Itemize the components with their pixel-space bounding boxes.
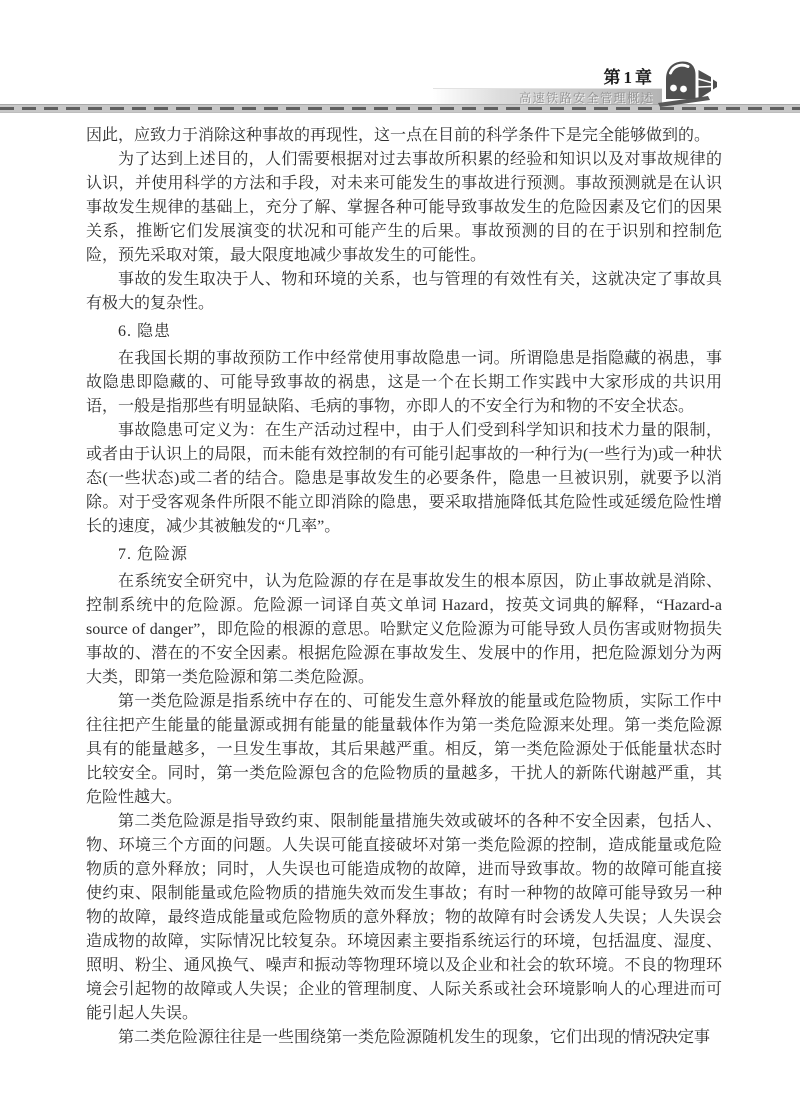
body-paragraph: 因此，应致力于消除这种事故的再现性，这一点在目前的科学条件下是完全能够做到的。: [86, 124, 722, 148]
chapter-number: 第1章: [500, 63, 655, 88]
body-paragraph: 第一类危险源是指系统中存在的、可能发生意外释放的能量或危险物质，实际工作中往往把…: [86, 690, 722, 810]
book-page: 第1章 高速铁路安全管理概述 因此，应致力于消除这种事故的再现性，这一点在目前的…: [0, 0, 800, 1120]
body-paragraph: 为了达到上述目的，人们需要根据对过去事故所积累的经验和知识以及对事故规律的认识，…: [86, 148, 722, 268]
section-heading-6: 6. 隐患: [86, 320, 722, 344]
body-paragraph: 在我国长期的事故预防工作中经常使用事故隐患一词。所谓隐患是指隐藏的祸患，事故隐患…: [86, 347, 722, 419]
chapter-title-banner: 高速铁路安全管理概述: [433, 88, 662, 105]
body-paragraph: 事故隐患可定义为：在生产活动过程中，由于人们受到科学知识和技术力量的限制，或者由…: [86, 419, 722, 539]
section-heading-7: 7. 危险源: [86, 543, 722, 567]
page-number: · 5 ·: [600, 1028, 730, 1044]
page-content: 因此，应致力于消除这种事故的再现性，这一点在目前的科学条件下是完全能够做到的。 …: [86, 124, 722, 1050]
body-paragraph: 事故的发生取决于人、物和环境的关系，也与管理的有效性有关，这就决定了事故具有极大…: [86, 268, 722, 316]
train-icon: [658, 58, 718, 112]
body-paragraph: 第二类危险源是指导致约束、限制能量措施失效或破坏的各种不安全因素，包括人、物、环…: [86, 810, 722, 1026]
body-paragraph: 在系统安全研究中，认为危险源的存在是事故发生的根本原因，防止事故就是消除、控制系…: [86, 570, 722, 690]
